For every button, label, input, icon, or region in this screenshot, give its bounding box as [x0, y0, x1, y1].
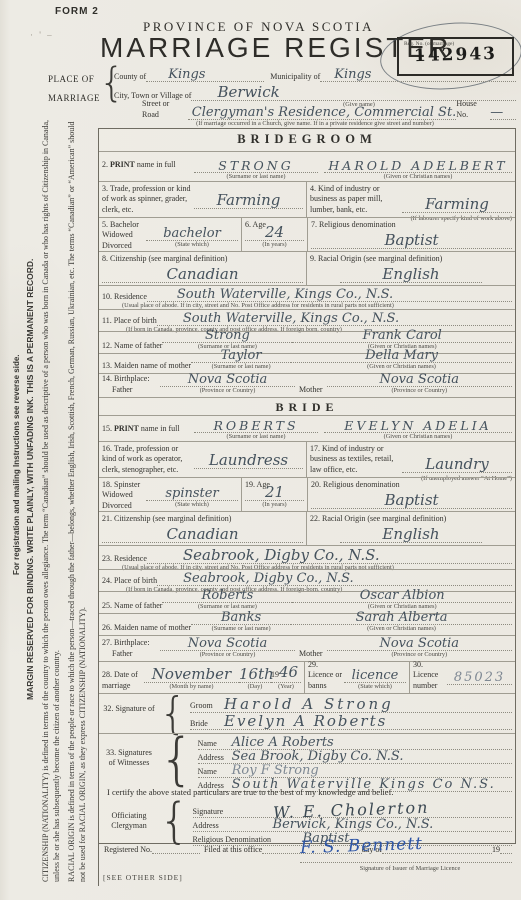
bride-status-value: spinster	[146, 487, 238, 501]
groom-birthplace-row: 14. Birthplace:Father Nova Scotia(Provin…	[99, 373, 515, 397]
licence-or-banns-label: 29. Licence or banns	[308, 660, 344, 691]
groom-father-birthplace: Nova Scotia	[160, 373, 295, 387]
groom-status-value: bachelor	[146, 227, 238, 241]
bride-trade-industry-row: 16. Trade, profession or kind of work as…	[99, 441, 515, 477]
witness1-name: Alice A Roberts	[232, 736, 512, 749]
groom-racial-value: English	[340, 267, 481, 283]
bride-birthplace-row: 27. Birthplace:Father Nova Scotia(Provin…	[99, 635, 515, 661]
give-name-caption: (Give name)	[314, 101, 404, 109]
groom-name-row: 2. PRINT name in full STRONG (Surname or…	[99, 151, 515, 181]
marriage-register-document: For registration and mailing Instruction…	[0, 0, 521, 900]
groom-father-surname: Strong	[162, 329, 292, 343]
bride-surname: ROBERTS	[194, 420, 318, 434]
groom-word: Groom	[190, 701, 224, 711]
bridegroom-header-row: BRIDEGROOM	[99, 129, 515, 151]
marriage-day: 16th	[239, 667, 271, 683]
bride-trade-value: Laundress	[194, 453, 303, 469]
county-label: County of	[114, 72, 146, 82]
groom-status-label: 5. Bachelor Widowed Divorced	[102, 220, 146, 249]
bride-racial-label: 22. Racial Origin (see marginal definiti…	[310, 514, 446, 524]
groom-trade-value: Farming	[194, 193, 303, 209]
clergyman-row: Officiating Clergyman { SignatureW. E. C…	[99, 799, 515, 843]
bride-citizenship-value: Canadian	[102, 527, 303, 543]
bride-father-given: Oscar Albion	[292, 589, 512, 603]
issuer-caption: Signature of Issuer of Marriage Licence	[320, 865, 500, 873]
groom-industry-value: Farming	[402, 197, 512, 213]
bride-religion-label: 20. Religious denomination	[311, 480, 400, 490]
licence-number-label: 30. Licence number	[413, 660, 447, 691]
groom-citizenship-value: Canadian	[102, 267, 303, 283]
house-no-label: House No.	[456, 99, 490, 120]
bride-racial-value: English	[340, 527, 481, 543]
certify-statement: I certify the above stated particulars a…	[99, 785, 397, 799]
groom-citizenship-racial-row: 8. Citizenship (see marginal definition)…	[99, 251, 515, 285]
bride-header-row: BRIDE	[99, 397, 515, 415]
groom-mother-given: Della Mary	[291, 349, 512, 363]
binding-rule	[98, 838, 99, 886]
print-word: PRINT	[110, 160, 135, 169]
groom-trade-label: 3. Trade, profession or kind of work as …	[102, 184, 194, 215]
groom-signature: Harold A Strong	[224, 697, 512, 712]
bride-residence-value: Seabrook, Digby Co., N.S.	[147, 548, 512, 563]
margin-note-racial-origin-definition: RACIAL ORIGIN is defined in terms of the…	[67, 110, 89, 882]
witnesses-label: 33. Signatures of Witnesses	[99, 734, 159, 785]
groom-father-given: Frank Carol	[292, 329, 512, 343]
bride-citizenship-label: 21. Citizenship (see marginal definition…	[102, 514, 231, 524]
bride-birth-value: Seabrook, Digby Co., N.S.	[157, 572, 512, 585]
groom-given-caption: (Given or Christian names)	[324, 173, 512, 181]
marriage-year: 46	[279, 663, 298, 681]
print-word: PRINT	[114, 424, 139, 433]
place-of-marriage-label: PLACE OF MARRIAGE	[48, 70, 104, 108]
issuer-signature-line	[300, 862, 512, 863]
margin-note-permanent-record: MARGIN RESERVED FOR BINDING. WRITE PLAIN…	[25, 108, 36, 700]
see-other-side: [SEE OTHER SIDE]	[103, 873, 183, 882]
city-value: Berwick	[191, 85, 516, 100]
registered-no-label: Registered No.	[104, 845, 152, 854]
groom-birth-value: South Waterville, Kings Co., N.S.	[157, 312, 512, 325]
groom-age-label: 6. Age	[245, 220, 266, 230]
bride-status-label: 18. Spinster Widowed Divorced	[102, 480, 146, 509]
licence-number-value: 85023	[447, 671, 512, 685]
year-prefix: 19	[492, 845, 500, 854]
bride-mother-surname: Banks	[191, 611, 291, 625]
bridegroom-header: BRIDEGROOM	[99, 129, 515, 151]
groom-residence-label: 10. Residence	[102, 292, 147, 302]
groom-residence-value: South Waterville, Kings Co., N.S.	[147, 288, 512, 301]
bride-birth-label: 24. Place of birth	[102, 576, 157, 586]
groom-age-note: (In years)	[245, 241, 304, 249]
bride-father-label: 25. Name of father	[102, 601, 162, 611]
groom-birth-label: 11. Place of birth	[102, 316, 157, 326]
groom-mother-birthplace: Nova Scotia	[327, 373, 512, 387]
city-row: City, Town or Village of Berwick	[114, 82, 516, 101]
groom-father-label: 12. Name of father	[102, 341, 162, 351]
licence-or-banns-value: licence	[344, 669, 406, 683]
groom-mother-label: 13. Maiden name of mother	[102, 361, 191, 371]
witnesses-brace: {	[159, 734, 195, 785]
bride-age-label: 19. Age	[245, 480, 270, 490]
bride-industry-value: Laundry	[402, 457, 512, 473]
bride-mother-birthplace: Nova Scotia	[327, 637, 512, 651]
witness2-name: Roy F Strong	[232, 764, 512, 777]
groom-status-note: (State which)	[146, 241, 238, 249]
groom-surname-caption: (Surname or last name)	[194, 173, 318, 181]
groom-religion-value: Baptist	[311, 233, 512, 249]
groom-religion-label: 7. Religious denomination	[311, 220, 396, 230]
bride-mother-given: Sarah Alberta	[291, 611, 512, 625]
witness-signatures-row: 33. Signatures of Witnesses { NameAlice …	[99, 733, 515, 785]
bride-status-note: (State which)	[146, 501, 238, 509]
form-number: FORM 2	[55, 6, 99, 17]
bride-name-row: 15. PRINT name in full ROBERTS (Surname …	[99, 415, 515, 441]
bride-status-age-religion-row: 18. Spinster Widowed Divorced spinster (…	[99, 477, 515, 511]
groom-mother-row: 13. Maiden name of mother Taylor(Surname…	[99, 353, 515, 373]
bride-age-note: (In years)	[245, 501, 304, 509]
street-note: (If marriage occurred in a Church, give …	[114, 120, 516, 128]
groom-given-names: HAROLD ADELBERT	[324, 160, 512, 174]
groom-citizenship-label: 8. Citizenship (see marginal definition)	[102, 254, 227, 264]
bride-word: Bride	[190, 719, 224, 729]
groom-trade-industry-row: 3. Trade, profession or kind of work as …	[99, 181, 515, 217]
bride-header: BRIDE	[99, 398, 515, 415]
margin-note-citizenship-definition: CITIZENSHIP (NATIONALITY) is defined in …	[41, 110, 63, 882]
municipality-value: Kings	[320, 68, 516, 81]
bride-residence-row: 23. Residence Seabrook, Digby Co., N.S. …	[99, 545, 515, 569]
groom-birthplace-label: 14. Birthplace:Father	[102, 374, 160, 395]
year-blank	[500, 853, 512, 854]
bride-given-names: EVELYN ADELIA	[324, 420, 512, 434]
street-label: Street or Road	[142, 99, 188, 120]
groom-mother-word: Mother	[295, 385, 327, 395]
bride-signature: Evelyn A Roberts	[224, 714, 512, 729]
bride-citizenship-racial-row: 21. Citizenship (see marginal definition…	[99, 511, 515, 545]
bride-father-row: 25. Name of father Roberts(Surname or la…	[99, 591, 515, 613]
bride-religion-value: Baptist	[311, 493, 512, 509]
bride-birth-row: 24. Place of birth Seabrook, Digby Co., …	[99, 569, 515, 591]
bride-mother-row: 26. Maiden name of mother Banks(Surname …	[99, 613, 515, 635]
groom-racial-label: 9. Racial Origin (see marginal definitio…	[310, 254, 442, 264]
marriage-month: November	[144, 667, 239, 683]
groom-industry-label: 4. Kind of industry or business as paper…	[310, 184, 402, 215]
registered-no-blank	[152, 853, 200, 854]
pencil-marks: · ' –	[30, 30, 54, 40]
county-value: Kings	[146, 68, 264, 81]
bride-industry-label: 17. Kind of industry or business as text…	[310, 444, 402, 475]
bride-mother-label: 26. Maiden name of mother	[102, 623, 191, 633]
issuer-signature: F. S. Bennett	[300, 836, 424, 857]
groom-residence-row: 10. Residence South Waterville, Kings Co…	[99, 285, 515, 309]
groom-mother-surname: Taylor	[191, 349, 291, 363]
date-of-marriage-label: 28. Date of marriage	[102, 670, 144, 691]
bride-trade-label: 16. Trade, profession or kind of work as…	[102, 444, 194, 475]
bride-given-caption: (Given or Christian names)	[324, 433, 512, 441]
witness1-address: Sea Brook, Digby Co. N.S.	[232, 750, 512, 763]
filed-label: Filed at this office	[200, 845, 262, 854]
clergyman-brace: {	[159, 799, 190, 843]
groom-status-age-religion-row: 5. Bachelor Widowed Divorced bachelor (S…	[99, 217, 515, 251]
bride-father-birthplace: Nova Scotia	[160, 637, 295, 651]
groom-surname: STRONG	[194, 160, 318, 174]
margin-note-instructions: For registration and mailing Instruction…	[12, 110, 23, 575]
municipality-label: Municipality of	[270, 72, 320, 82]
groom-birth-row: 11. Place of birth South Waterville, Kin…	[99, 309, 515, 331]
form-box: BRIDEGROOM 2. PRINT name in full STRONG …	[98, 128, 516, 844]
signature-of-label: 32. Signature of	[99, 694, 159, 733]
bride-mother-word: Mother	[295, 649, 327, 659]
bride-father-surname: Roberts	[162, 589, 292, 603]
county-row: County of Kings Municipality of Kings	[114, 62, 516, 82]
bride-birthplace-label: 27. Birthplace:Father	[102, 638, 160, 659]
bride-residence-label: 23. Residence	[102, 554, 147, 564]
house-no-value: —	[490, 106, 516, 119]
officiating-clergyman-label: Officiating Clergyman	[99, 799, 159, 843]
bride-surname-caption: (Surname or last name)	[194, 433, 318, 441]
